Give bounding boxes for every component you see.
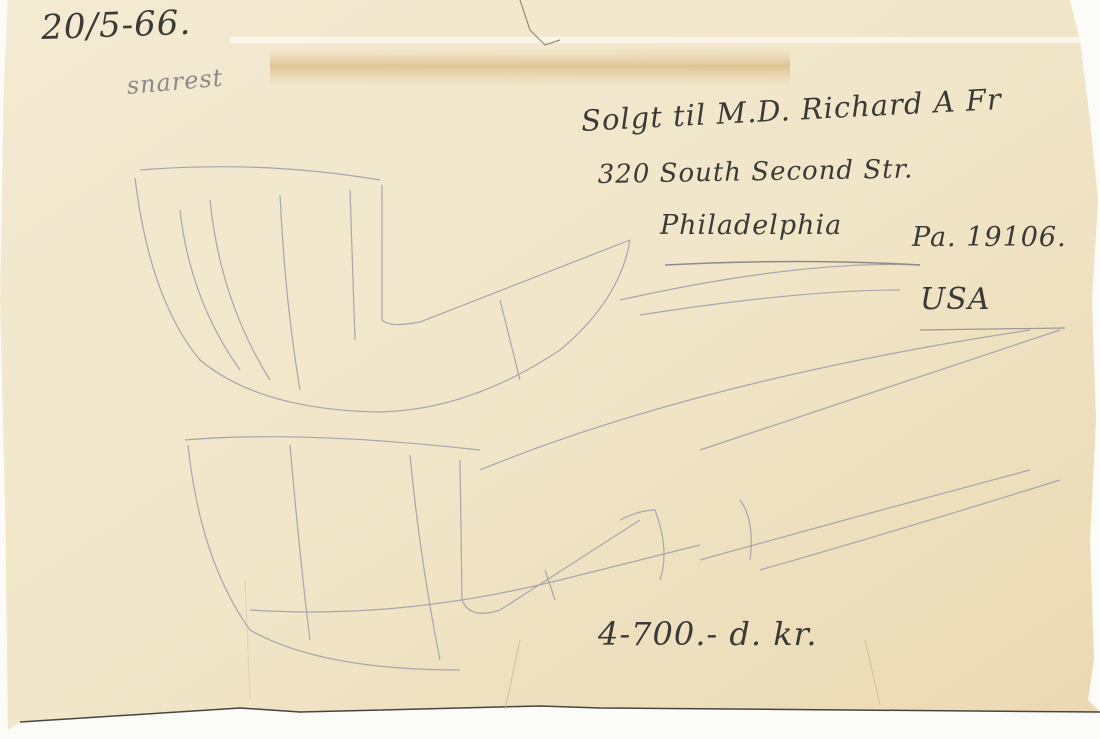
rust-stain (270, 48, 790, 88)
state-zip: Pa. 19106. (912, 222, 1067, 253)
street-address: 320 South Second Str. (597, 154, 913, 190)
price-note: 4-700.- d. kr. (598, 615, 818, 653)
scanned-note: 20/5-66. snarest Solgt til M.D. Richard … (0, 0, 1100, 739)
country-name: USA (920, 282, 991, 317)
handwritten-date: 20/5-66. (41, 3, 192, 48)
city-name: Philadelphia (660, 210, 842, 241)
